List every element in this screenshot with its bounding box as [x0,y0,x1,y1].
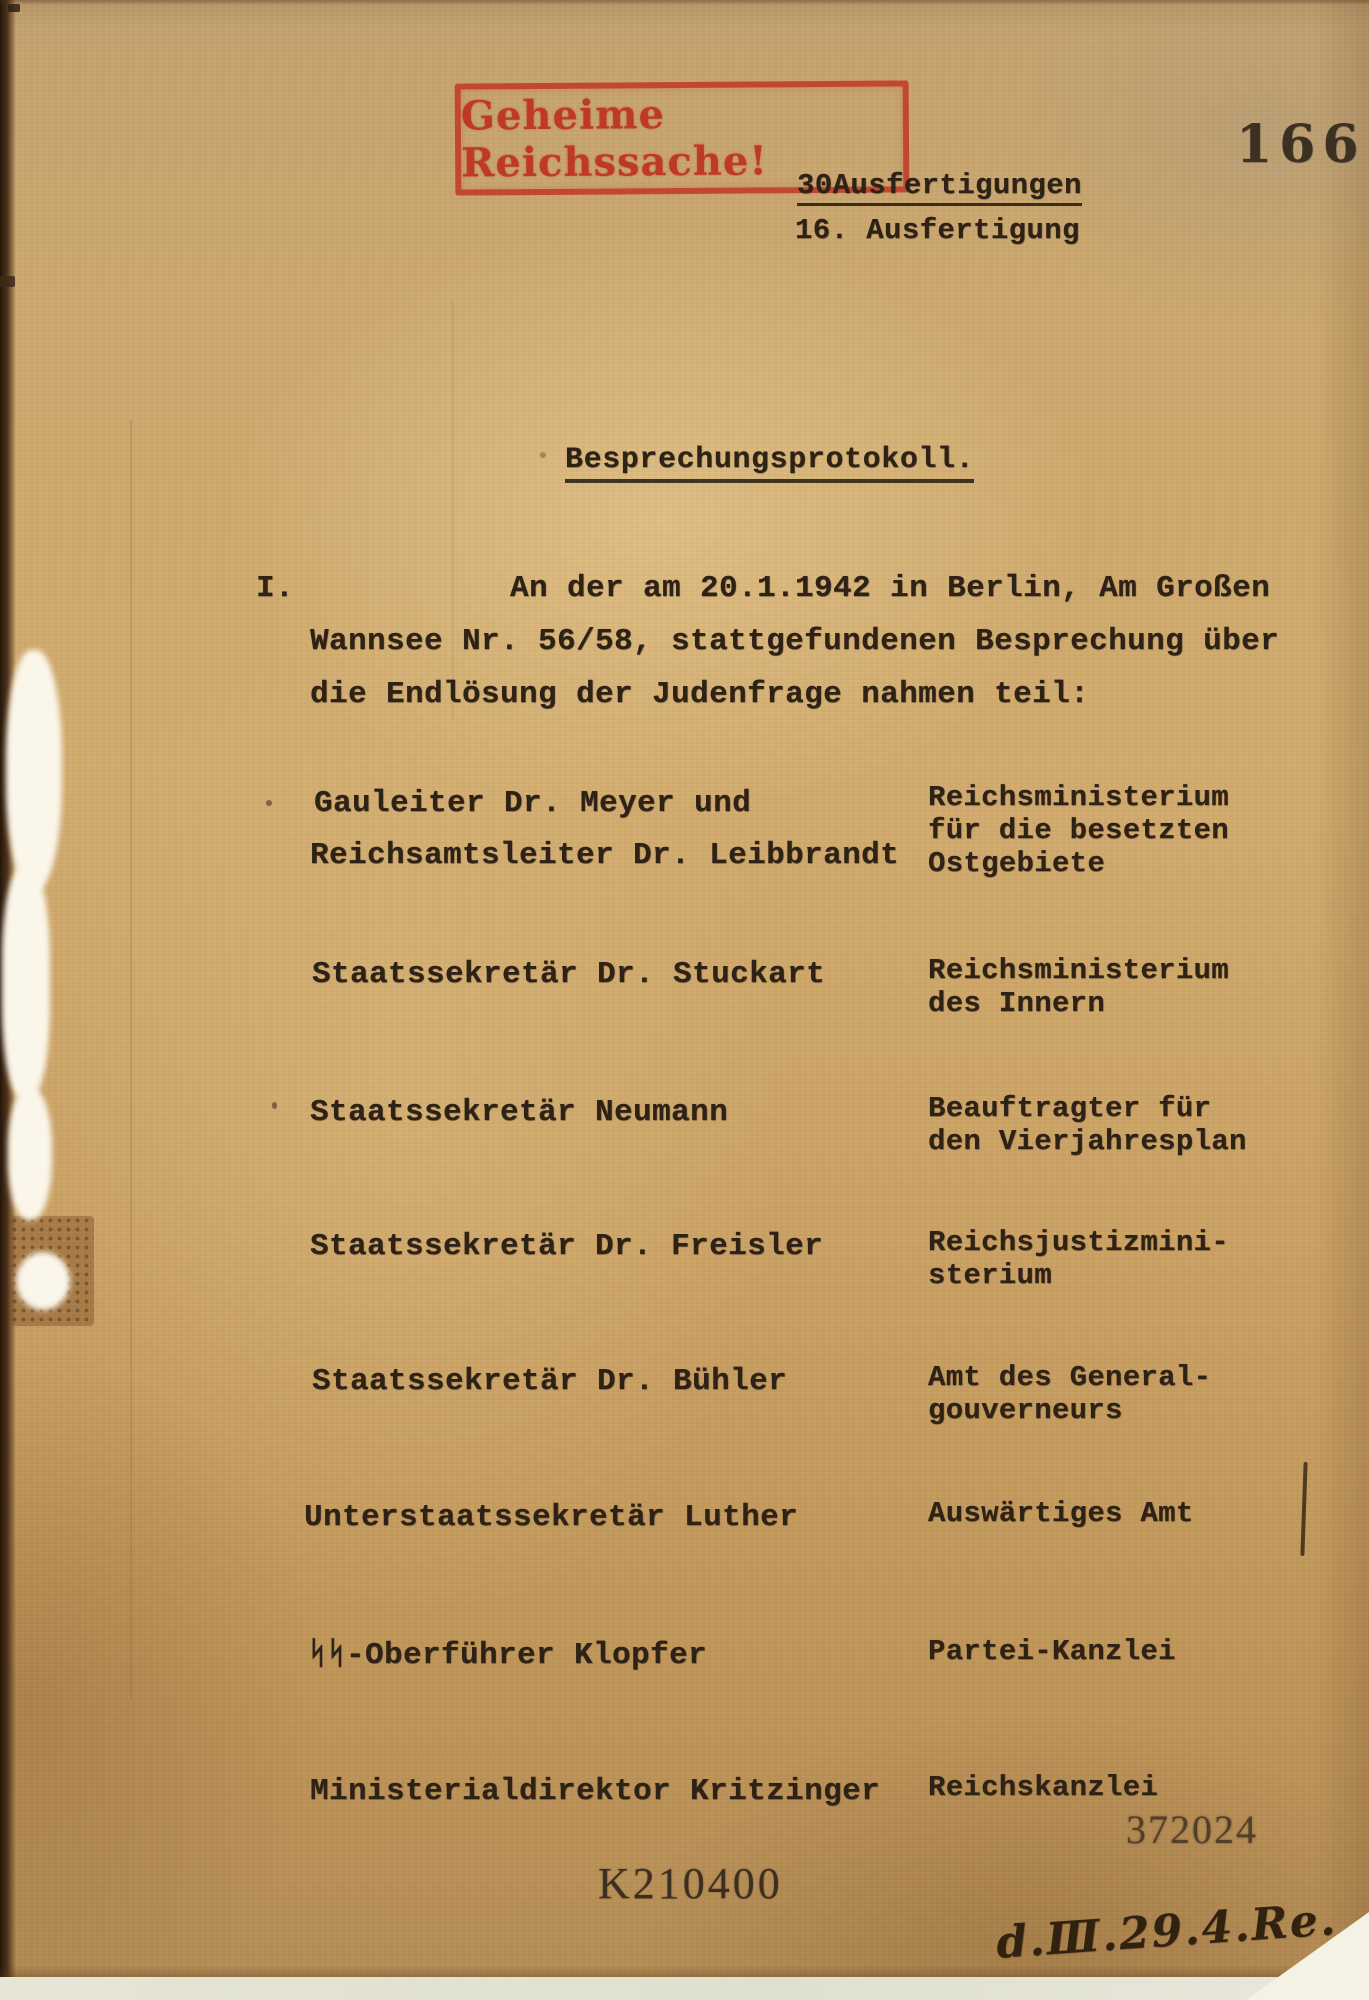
distribution-line-2: 16. Ausfertigung [795,216,1080,245]
bottom-edge-shadow [0,1965,1369,1977]
handwritten-annotation: d.Ⅲ.29.4.Re. [995,1894,1339,1969]
distribution-line-1: 30Ausfertigungen [797,171,1082,206]
attendee-org: Auswärtiges Amt [928,1499,1194,1528]
attendee-name: Ministerialdirektor Kritzinger [310,1776,880,1807]
attendee-name: Staatssekretär Dr. Freisler [310,1231,823,1262]
attendee-name: Reichsamtsleiter Dr. Leibbrandt [310,840,899,871]
attendee-name: Staatssekretär Dr. Stuckart [312,959,825,990]
attendee-org: sterium [928,1261,1052,1290]
attendee-org: Partei-Kanzlei [928,1637,1176,1666]
paper-damage-blotch [2,868,50,1098]
section-numeral: I. [256,573,294,604]
top-page-edge [0,0,1369,5]
attendee-org: gouverneurs [928,1396,1123,1425]
attendee-org: Ostgebiete [928,849,1105,878]
ink-speck [266,800,272,806]
attendee-org: des Innern [928,989,1105,1018]
ink-speck [8,4,20,12]
ink-speck [0,276,15,287]
attendee-name: Gauleiter Dr. Meyer und [314,788,751,819]
paper-damage-blotch [16,1252,70,1310]
attendee-name: ᛋᛋ-Oberführer Klopfer [308,1640,707,1671]
attendee-org: für die besetzten [928,816,1229,845]
paper-damage-blotch [6,650,62,890]
archive-stamp-number: 372024 [1126,1806,1258,1853]
attendee-name: Unterstaatssekretär Luther [304,1502,798,1533]
attendee-org: Reichsministerium [928,956,1229,985]
attendee-org: den Vierjahresplan [928,1127,1247,1156]
page-number: 166 [1236,114,1366,175]
attendee-name: Staatssekretär Dr. Bühler [312,1366,787,1397]
attendee-name: Staatssekretär Neumann [310,1097,728,1128]
paper-damage-blotch [8,1088,52,1220]
attendee-org: Beauftragter für [928,1094,1211,1123]
archive-stamp-k-number: K210400 [598,1858,783,1909]
ink-speck [272,1102,277,1109]
scan-bed-strip [0,1977,1369,2000]
document-scan-page: Geheime Reichssache! 166 30Ausfertigunge… [0,0,1369,2000]
paper-crease [130,420,132,1700]
document-title: Besprechungsprotokoll. [565,445,974,483]
attendee-org: Reichsjustizmini- [928,1228,1229,1257]
attendee-org: Reichsministerium [928,783,1229,812]
intro-line-3: die Endlösung der Judenfrage nahmen teil… [310,679,1089,710]
attendee-org: Reichskanzlei [928,1773,1158,1802]
pen-mark [1300,1462,1307,1556]
ink-speck [540,452,546,458]
intro-line-1: An der am 20.1.1942 in Berlin, Am Großen [510,573,1270,604]
intro-line-2: Wannsee Nr. 56/58, stattgefundenen Bespr… [310,626,1279,657]
attendee-org: Amt des General- [928,1363,1211,1392]
